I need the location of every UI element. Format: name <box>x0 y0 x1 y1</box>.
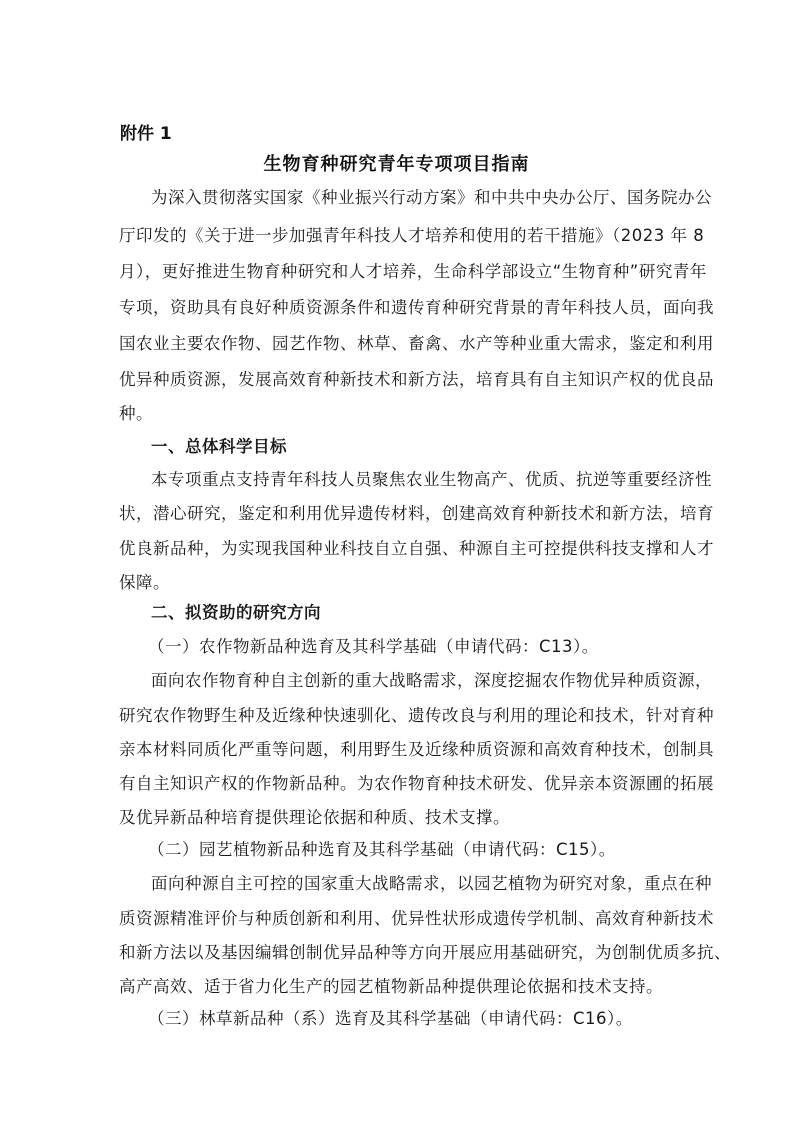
sub1-line: 及优异新品种培育提供理论依据和种质、技术支撑。 <box>119 808 679 828</box>
intro-line: 厅印发的《关于进一步加强青年科技人才培养和使用的若干措施》（2023 年 8 <box>119 226 679 246</box>
sub1-line: 亲本材料同质化严重等问题，利用野生及近缘种质资源和高效育种技术，创制具 <box>119 740 679 760</box>
section1-line: 保障。 <box>119 573 679 593</box>
intro-line: 专项，资助具有良好种质资源条件和遗传育种研究背景的青年科技人员，面向我 <box>119 298 679 318</box>
sub2-line: 高产高效、适于省力化生产的园艺植物新品种提供理论依据和技术支持。 <box>119 977 679 997</box>
intro-line: 月），更好推进生物育种研究和人才培养，生命科学部设立“生物育种”研究青年 <box>119 262 679 282</box>
document-page: 附件 1 生物育种研究青年专项项目指南 为深入贯彻落实国家《种业振兴行动方案》和… <box>0 0 793 1122</box>
section1-line: 本专项重点支持青年科技人员聚焦农业生物高产、优质、抗逆等重要经济性 <box>151 470 679 490</box>
intro-line: 种。 <box>119 404 679 424</box>
document-title: 生物育种研究青年专项项目指南 <box>0 150 793 176</box>
sub2-line: 质资源精准评价与种质创新和利用、优异性状形成遗传学机制、高效育种新技术 <box>119 909 679 929</box>
section-heading: 二、拟资助的研究方向 <box>151 603 679 623</box>
intro-line: 为深入贯彻落实国家《种业振兴行动方案》和中共中央办公厅、国务院办公 <box>151 188 679 208</box>
intro-line: 优异种质资源，发展高效育种新技术和新方法，培育具有自主知识产权的优良品 <box>119 370 679 390</box>
annex-label: 附件 1 <box>120 119 172 144</box>
intro-line: 国农业主要农作物、园艺作物、林草、畜禽、水产等种业重大需求，鉴定和利用 <box>119 334 679 354</box>
section-heading: 一、总体科学目标 <box>151 437 679 457</box>
sub1-line: 研究农作物野生种及近缘种快速驯化、遗传改良与利用的理论和技术，针对育种 <box>119 706 679 726</box>
sub1-line: 有自主知识产权的作物新品种。为农作物育种技术研发、优异亲本资源圃的拓展 <box>119 774 679 794</box>
section1-line: 状，潜心研究，鉴定和利用优异遗传材料，创建高效育种新技术和新方法，培育 <box>119 504 679 524</box>
subsection-heading: （二）园艺植物新品种选育及其科学基础（申请代码：C15）。 <box>148 840 708 860</box>
section1-line: 优良新品种，为实现我国种业科技自立自强、种源自主可控提供科技支撑和人才 <box>119 539 679 559</box>
subsection-heading: （三）林草新品种（系）选育及其科学基础（申请代码：C16）。 <box>148 1009 708 1029</box>
sub2-line: 和新方法以及基因编辑创制优异品种等方向开展应用基础研究，为创制优质多抗、 <box>119 943 679 963</box>
sub2-line: 面向种源自主可控的国家重大战略需求，以园艺植物为研究对象，重点在种 <box>151 874 679 894</box>
sub1-line: 面向农作物育种自主创新的重大战略需求，深度挖掘农作物优异种质资源， <box>151 671 679 691</box>
subsection-heading: （一）农作物新品种选育及其科学基础（申请代码：C13）。 <box>148 637 708 657</box>
